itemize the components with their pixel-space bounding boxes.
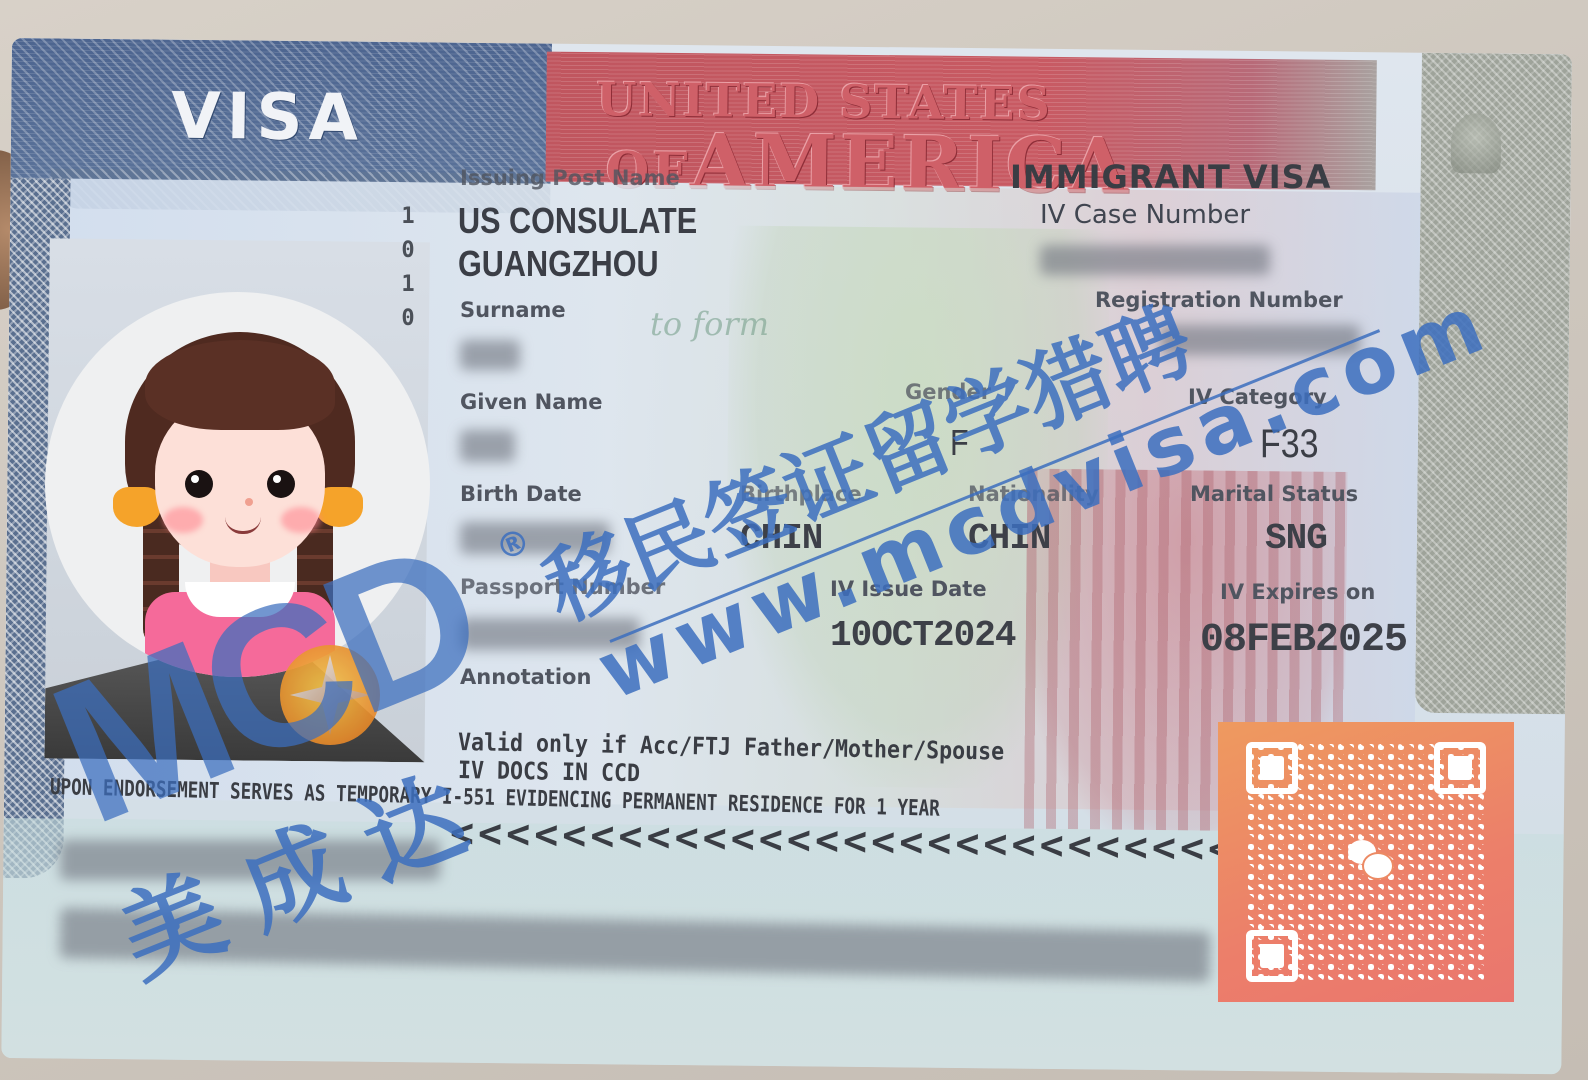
annotation-label: Annotation (460, 665, 591, 689)
surname-redacted (460, 340, 520, 370)
cartoon-girl-avatar (45, 292, 430, 677)
birthplace-label: Birthplace (740, 482, 862, 506)
issuing-post-line2: GUANGZHOU (458, 243, 659, 285)
control-digit: 0 (398, 234, 418, 268)
wechat-bubble-2 (1362, 852, 1394, 880)
given-name-label: Given Name (460, 390, 603, 414)
registration-number-label: Registration Number (1095, 288, 1343, 312)
annotation-line2: IV DOCS IN CCD (458, 756, 641, 787)
issuing-post-label: Issuing Post Name (460, 166, 680, 190)
gender-value: F (950, 422, 969, 464)
qr-finder-top-right (1434, 742, 1486, 794)
control-digits: 1 0 1 0 (398, 200, 418, 336)
registration-number-redacted (1160, 325, 1360, 355)
birth-date-label: Birth Date (460, 482, 582, 506)
birth-date-redacted (460, 522, 610, 554)
wechat-icon (1348, 840, 1392, 880)
iv-case-number-label: IV Case Number (1040, 200, 1250, 230)
avatar-nose (245, 498, 253, 506)
iv-issue-date-value: 10OCT2024 (830, 615, 1015, 656)
issuing-post-line1: US CONSULATE (458, 200, 697, 242)
surname-label: Surname (460, 298, 566, 322)
gender-label: Gender (905, 380, 991, 404)
nationality-value: CHIN (968, 518, 1050, 559)
qr-matrix (1246, 742, 1486, 982)
iv-issue-date-label: IV Issue Date (830, 577, 987, 601)
visa-word: VISA (171, 80, 365, 156)
iv-expires-label: IV Expires on (1220, 580, 1375, 604)
wechat-qr-code[interactable] (1218, 722, 1514, 1002)
passport-number-redacted (460, 618, 640, 650)
given-name-redacted (460, 430, 515, 462)
control-digit: 1 (398, 200, 418, 234)
mrz-line1-redacted (60, 840, 440, 880)
iv-category-label: IV Category (1188, 385, 1327, 409)
avatar-bow-left (113, 487, 161, 527)
marital-status-label: Marital Status (1190, 482, 1358, 506)
background-script: to form (650, 305, 769, 343)
birthplace-value: CHIN (740, 518, 822, 559)
avatar-blush-left (163, 507, 203, 533)
liberty-bell-icon (1451, 113, 1502, 174)
avatar-blush-right (281, 507, 321, 533)
avatar-eye-left (185, 470, 213, 498)
qr-finder-top-left (1246, 742, 1298, 794)
qr-finder-bottom-left (1246, 930, 1298, 982)
nationality-label: Nationality (968, 482, 1099, 506)
marital-status-value: SNG (1265, 518, 1327, 559)
control-digit: 1 (398, 268, 418, 302)
iv-category-value: F33 (1260, 422, 1319, 467)
iv-case-number-redacted (1040, 245, 1270, 275)
visa-type-title: IMMIGRANT VISA (1010, 158, 1331, 196)
passport-number-label: Passport Number (460, 575, 665, 599)
avatar-bangs (145, 340, 335, 430)
control-digit: 0 (398, 302, 418, 336)
avatar-eye-right (267, 470, 295, 498)
iv-expires-value: 08FEB2025 (1200, 618, 1407, 663)
